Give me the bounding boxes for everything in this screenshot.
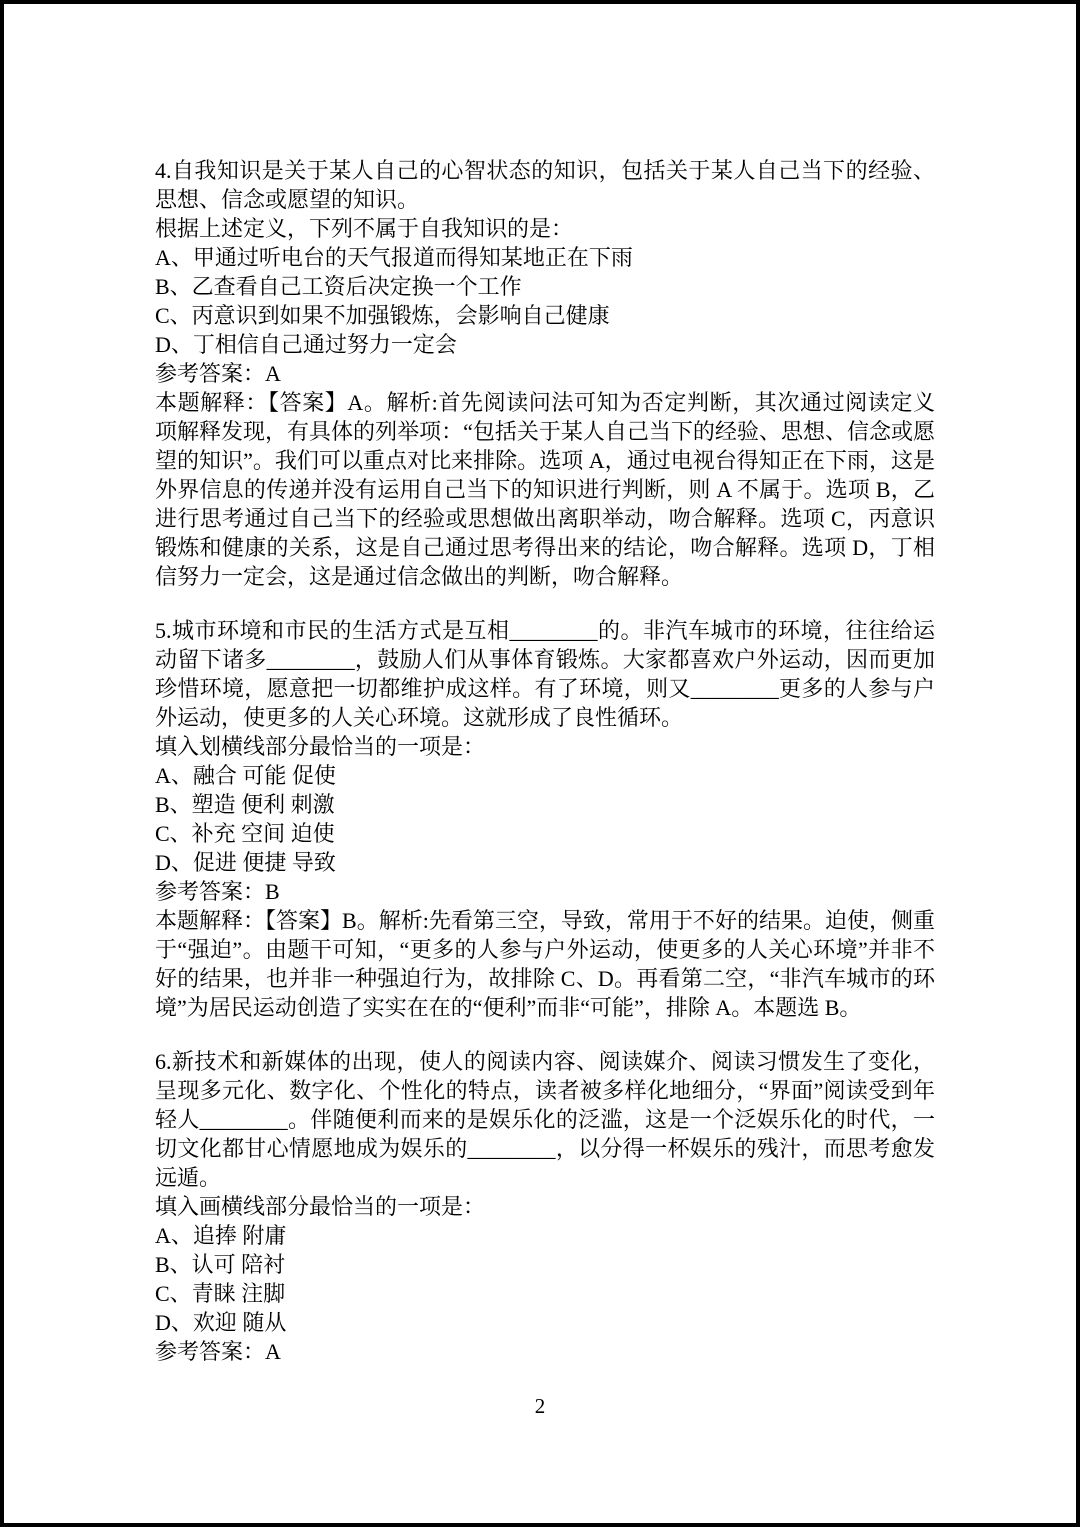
option-c: C、补充 空间 迫使	[155, 819, 935, 848]
option-c: C、青睐 注脚	[155, 1279, 935, 1308]
question-stem: 4.自我知识是关于某人自己的心智状态的知识，包括关于某人自己当下的经验、思想、信…	[155, 156, 935, 214]
option-d: D、欢迎 随从	[155, 1308, 935, 1337]
question-prompt: 填入画横线部分最恰当的一项是：	[155, 1192, 935, 1221]
option-b: B、乙查看自己工资后决定换一个工作	[155, 272, 935, 301]
page-number: 2	[4, 1392, 1076, 1421]
option-b: B、认可 陪衬	[155, 1250, 935, 1279]
question-block-4: 4.自我知识是关于某人自己的心智状态的知识，包括关于某人自己当下的经验、思想、信…	[155, 156, 935, 591]
question-explanation: 本题解释：【答案】B。解析:先看第三空，导致，常用于不好的结果。迫使，侧重于“强…	[155, 906, 935, 1022]
option-b: B、塑造 便利 刺激	[155, 790, 935, 819]
reference-answer: 参考答案：A	[155, 359, 935, 388]
option-d: D、丁相信自己通过努力一定会	[155, 330, 935, 359]
page-content: 4.自我知识是关于某人自己的心智状态的知识，包括关于某人自己当下的经验、思想、信…	[155, 156, 935, 1391]
question-stem: 5.城市环境和市民的生活方式是互相________的。非汽车城市的环境，往往给运…	[155, 616, 935, 732]
option-a: A、甲通过听电台的天气报道而得知某地正在下雨	[155, 243, 935, 272]
option-d: D、促进 便捷 导致	[155, 848, 935, 877]
option-a: A、追捧 附庸	[155, 1221, 935, 1250]
question-block-6: 6.新技术和新媒体的出现，使人的阅读内容、阅读媒介、阅读习惯发生了变化，呈现多元…	[155, 1047, 935, 1366]
question-explanation: 本题解释：【答案】A。解析:首先阅读问法可知为否定判断，其次通过阅读定义项解释发…	[155, 388, 935, 591]
question-prompt: 填入划横线部分最恰当的一项是：	[155, 732, 935, 761]
question-prompt: 根据上述定义，下列不属于自我知识的是：	[155, 214, 935, 243]
option-a: A、融合 可能 促使	[155, 761, 935, 790]
option-c: C、丙意识到如果不加强锻炼，会影响自己健康	[155, 301, 935, 330]
document-page: 4.自我知识是关于某人自己的心智状态的知识，包括关于某人自己当下的经验、思想、信…	[0, 0, 1080, 1527]
reference-answer: 参考答案：B	[155, 877, 935, 906]
reference-answer: 参考答案：A	[155, 1337, 935, 1366]
question-block-5: 5.城市环境和市民的生活方式是互相________的。非汽车城市的环境，往往给运…	[155, 616, 935, 1022]
question-stem: 6.新技术和新媒体的出现，使人的阅读内容、阅读媒介、阅读习惯发生了变化，呈现多元…	[155, 1047, 935, 1192]
